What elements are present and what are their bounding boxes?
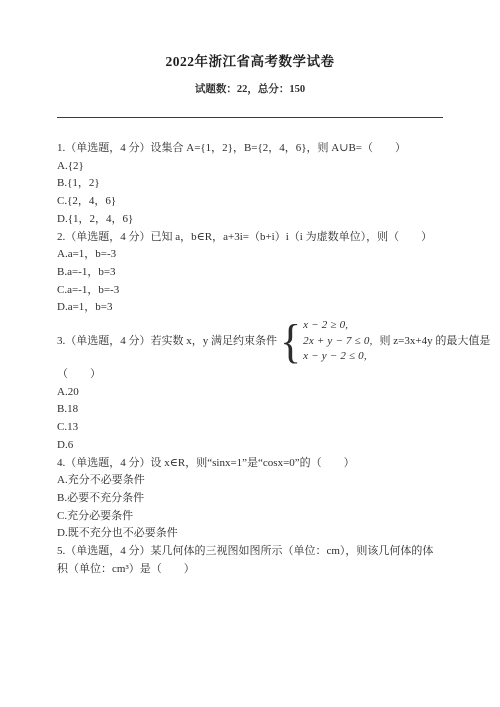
question-3-stem-prefix: 3.（单选题，4 分）若实数 x，y 满足约束条件 xyxy=(57,334,277,350)
question-3-stem: 3.（单选题，4 分）若实数 x，y 满足约束条件 { x − 2 ≥ 0, 2… xyxy=(57,317,443,366)
question-2-option-a: A.a=1，b=-3 xyxy=(57,246,443,264)
constraint-3: x − y − 2 ≤ 0, xyxy=(303,349,372,365)
question-3-option-d: D.6 xyxy=(57,437,443,455)
question-2-stem: 2.（单选题，4 分）已知 a，b∈R，a+3i=（b+i）i（i 为虚数单位）… xyxy=(57,229,443,247)
question-5-stem: 5.（单选题，4 分）某几何体的三视图如图所示（单位：cm），则该几何体的体积（… xyxy=(57,543,443,578)
question-1-option-b: B.{1，2} xyxy=(57,175,443,193)
question-4-stem: 4.（单选题，4 分）设 x∈R，则“sinx=1”是“cosx=0”的（ ） xyxy=(57,455,443,473)
question-1-option-c: C.{2，4，6} xyxy=(57,193,443,211)
exam-meta: 试题数：22，总分：150 xyxy=(57,81,443,96)
question-4-option-d: D.既不充分也不必要条件 xyxy=(57,525,443,543)
constraint-2: 2x + y − 7 ≤ 0, xyxy=(303,334,372,350)
question-4-option-b: B.必要不充分条件 xyxy=(57,490,443,508)
question-3-answer-blank: （ ） xyxy=(57,366,443,384)
question-3-option-a: A.20 xyxy=(57,384,443,402)
divider xyxy=(57,117,443,118)
question-4-option-c: C.充分必要条件 xyxy=(57,508,443,526)
question-2-option-c: C.a=-1，b=-3 xyxy=(57,282,443,300)
question-1-stem: 1.（单选题，4 分）设集合 A={1，2}，B={2，4，6}，则 A∪B=（… xyxy=(57,140,443,158)
question-3-constraint-system: x − 2 ≥ 0, 2x + y − 7 ≤ 0, x − y − 2 ≤ 0… xyxy=(303,318,372,365)
question-list: 1.（单选题，4 分）设集合 A={1，2}，B={2，4，6}，则 A∪B=（… xyxy=(57,140,443,578)
constraint-1: x − 2 ≥ 0, xyxy=(303,318,372,334)
question-3-option-c: C.13 xyxy=(57,419,443,437)
question-3-option-b: B.18 xyxy=(57,401,443,419)
exam-page: 2022年浙江省高考数学试卷 试题数：22，总分：150 1.（单选题，4 分）… xyxy=(0,0,500,707)
question-2-option-d: D.a=1，b=3 xyxy=(57,299,443,317)
left-brace: { xyxy=(280,318,301,366)
question-4-option-a: A.充分不必要条件 xyxy=(57,472,443,490)
question-2-option-b: B.a=-1，b=3 xyxy=(57,264,443,282)
question-1-option-a: A.{2} xyxy=(57,158,443,176)
question-1-option-d: D.{1，2，4，6} xyxy=(57,211,443,229)
page-title: 2022年浙江省高考数学试卷 xyxy=(57,0,443,70)
question-3-stem-suffix: 则 z=3x+4y 的最大值是 xyxy=(380,334,491,350)
